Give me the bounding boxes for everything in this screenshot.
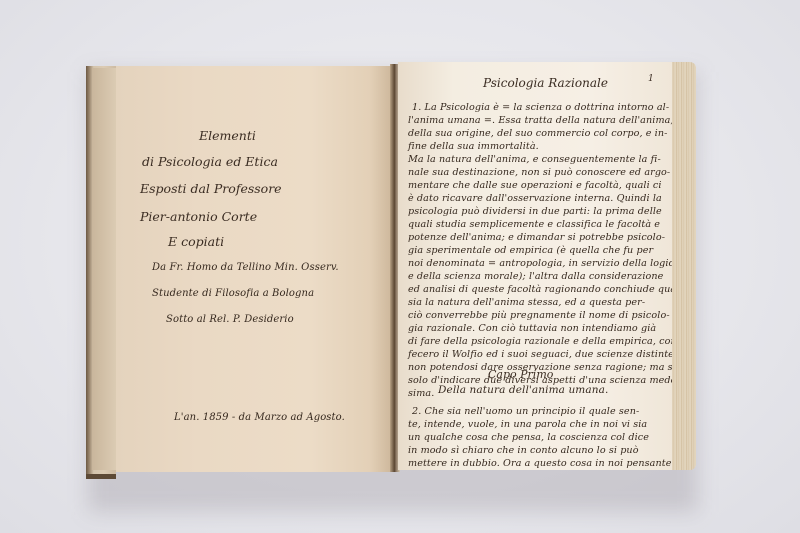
- text-line: mentare che dalle sue operazioni e facol…: [408, 180, 662, 191]
- chapter-subtitle: Della natura dell'anima umana.: [438, 384, 608, 396]
- left-page: Elementi di Psicologia ed Etica Esposti …: [116, 66, 392, 472]
- text-line: potenze dell'anima; e dimandar si potreb…: [408, 232, 665, 243]
- text-line: gia razionale. Con ciò tuttavia non inte…: [408, 323, 656, 334]
- text-line: e della scienza morale); l'altra dalla c…: [408, 271, 663, 282]
- text-line: fine della sua immortalità.: [408, 141, 539, 152]
- manuscript-title: Elementi: [199, 128, 256, 143]
- text-line: nale sua destinazione, non si può conosc…: [408, 167, 670, 178]
- chapter-title: Capo Primo: [488, 368, 553, 381]
- text-line: 1. La Psicologia è = la scienza o dottri…: [412, 102, 669, 113]
- text-line: mettere in dubbio. Ora a questo cosa in …: [408, 458, 672, 469]
- endpaper-left: [92, 68, 117, 470]
- text-line: Ma la natura dell'anima, e conseguenteme…: [408, 154, 661, 165]
- text-line: ed analisi di queste facoltà ragionando …: [408, 284, 679, 295]
- date-line: L'an. 1859 - da Marzo ad Agosto.: [174, 412, 345, 423]
- title-line: Esposti dal Professore: [140, 181, 282, 196]
- text-line: ciò converrebbe più pregnamente il nome …: [408, 310, 670, 321]
- professor-name: Pier-antonio Corte: [140, 209, 257, 224]
- text-line: noi denominata = antropologia, in serviz…: [408, 258, 680, 269]
- text-line: è dato ricavare dall'osservazione intern…: [408, 193, 662, 204]
- text-line: sima.: [408, 388, 434, 399]
- text-line: di fare della psicologia razionale e del…: [408, 336, 685, 347]
- title-line: di Psicologia ed Etica: [142, 154, 278, 169]
- text-line: fecero il Wolfio ed i suoi seguaci, due …: [408, 349, 677, 360]
- author-line: Studente di Filosofia a Bologna: [152, 288, 314, 299]
- author-line: Da Fr. Homo da Tellino Min. Osserv.: [152, 262, 339, 273]
- author-line: Sotto al Rel. P. Desiderio: [166, 314, 294, 325]
- title-line: E copiati: [168, 234, 224, 249]
- text-line: quali studia semplicemente e classifica …: [408, 219, 660, 230]
- page-edges: [672, 62, 696, 470]
- text-line: della sua origine, del suo commercio col…: [408, 128, 667, 139]
- text-line: un qualche cosa che pensa, la coscienza …: [408, 432, 649, 443]
- text-line: 2. Che sia nell'uomo un principio il qua…: [412, 406, 639, 417]
- text-line: in modo sì chiaro che in conto alcuno lo…: [408, 445, 639, 456]
- right-page: 1 Psicologia Razionale 1. La Psicologia …: [398, 62, 674, 470]
- text-line: sia la natura dell'anima stessa, ed a qu…: [408, 297, 645, 308]
- text-line: gia sperimentale od empirica (è quella c…: [408, 245, 653, 256]
- page-number: 1: [648, 74, 654, 84]
- text-line: psicologia può dividersi in due parti: l…: [408, 206, 662, 217]
- page-heading: Psicologia Razionale: [483, 76, 608, 90]
- text-line: te, intende, vuole, in una parola che in…: [408, 419, 647, 430]
- text-line: l'anima umana =. Essa tratta della natur…: [408, 115, 674, 126]
